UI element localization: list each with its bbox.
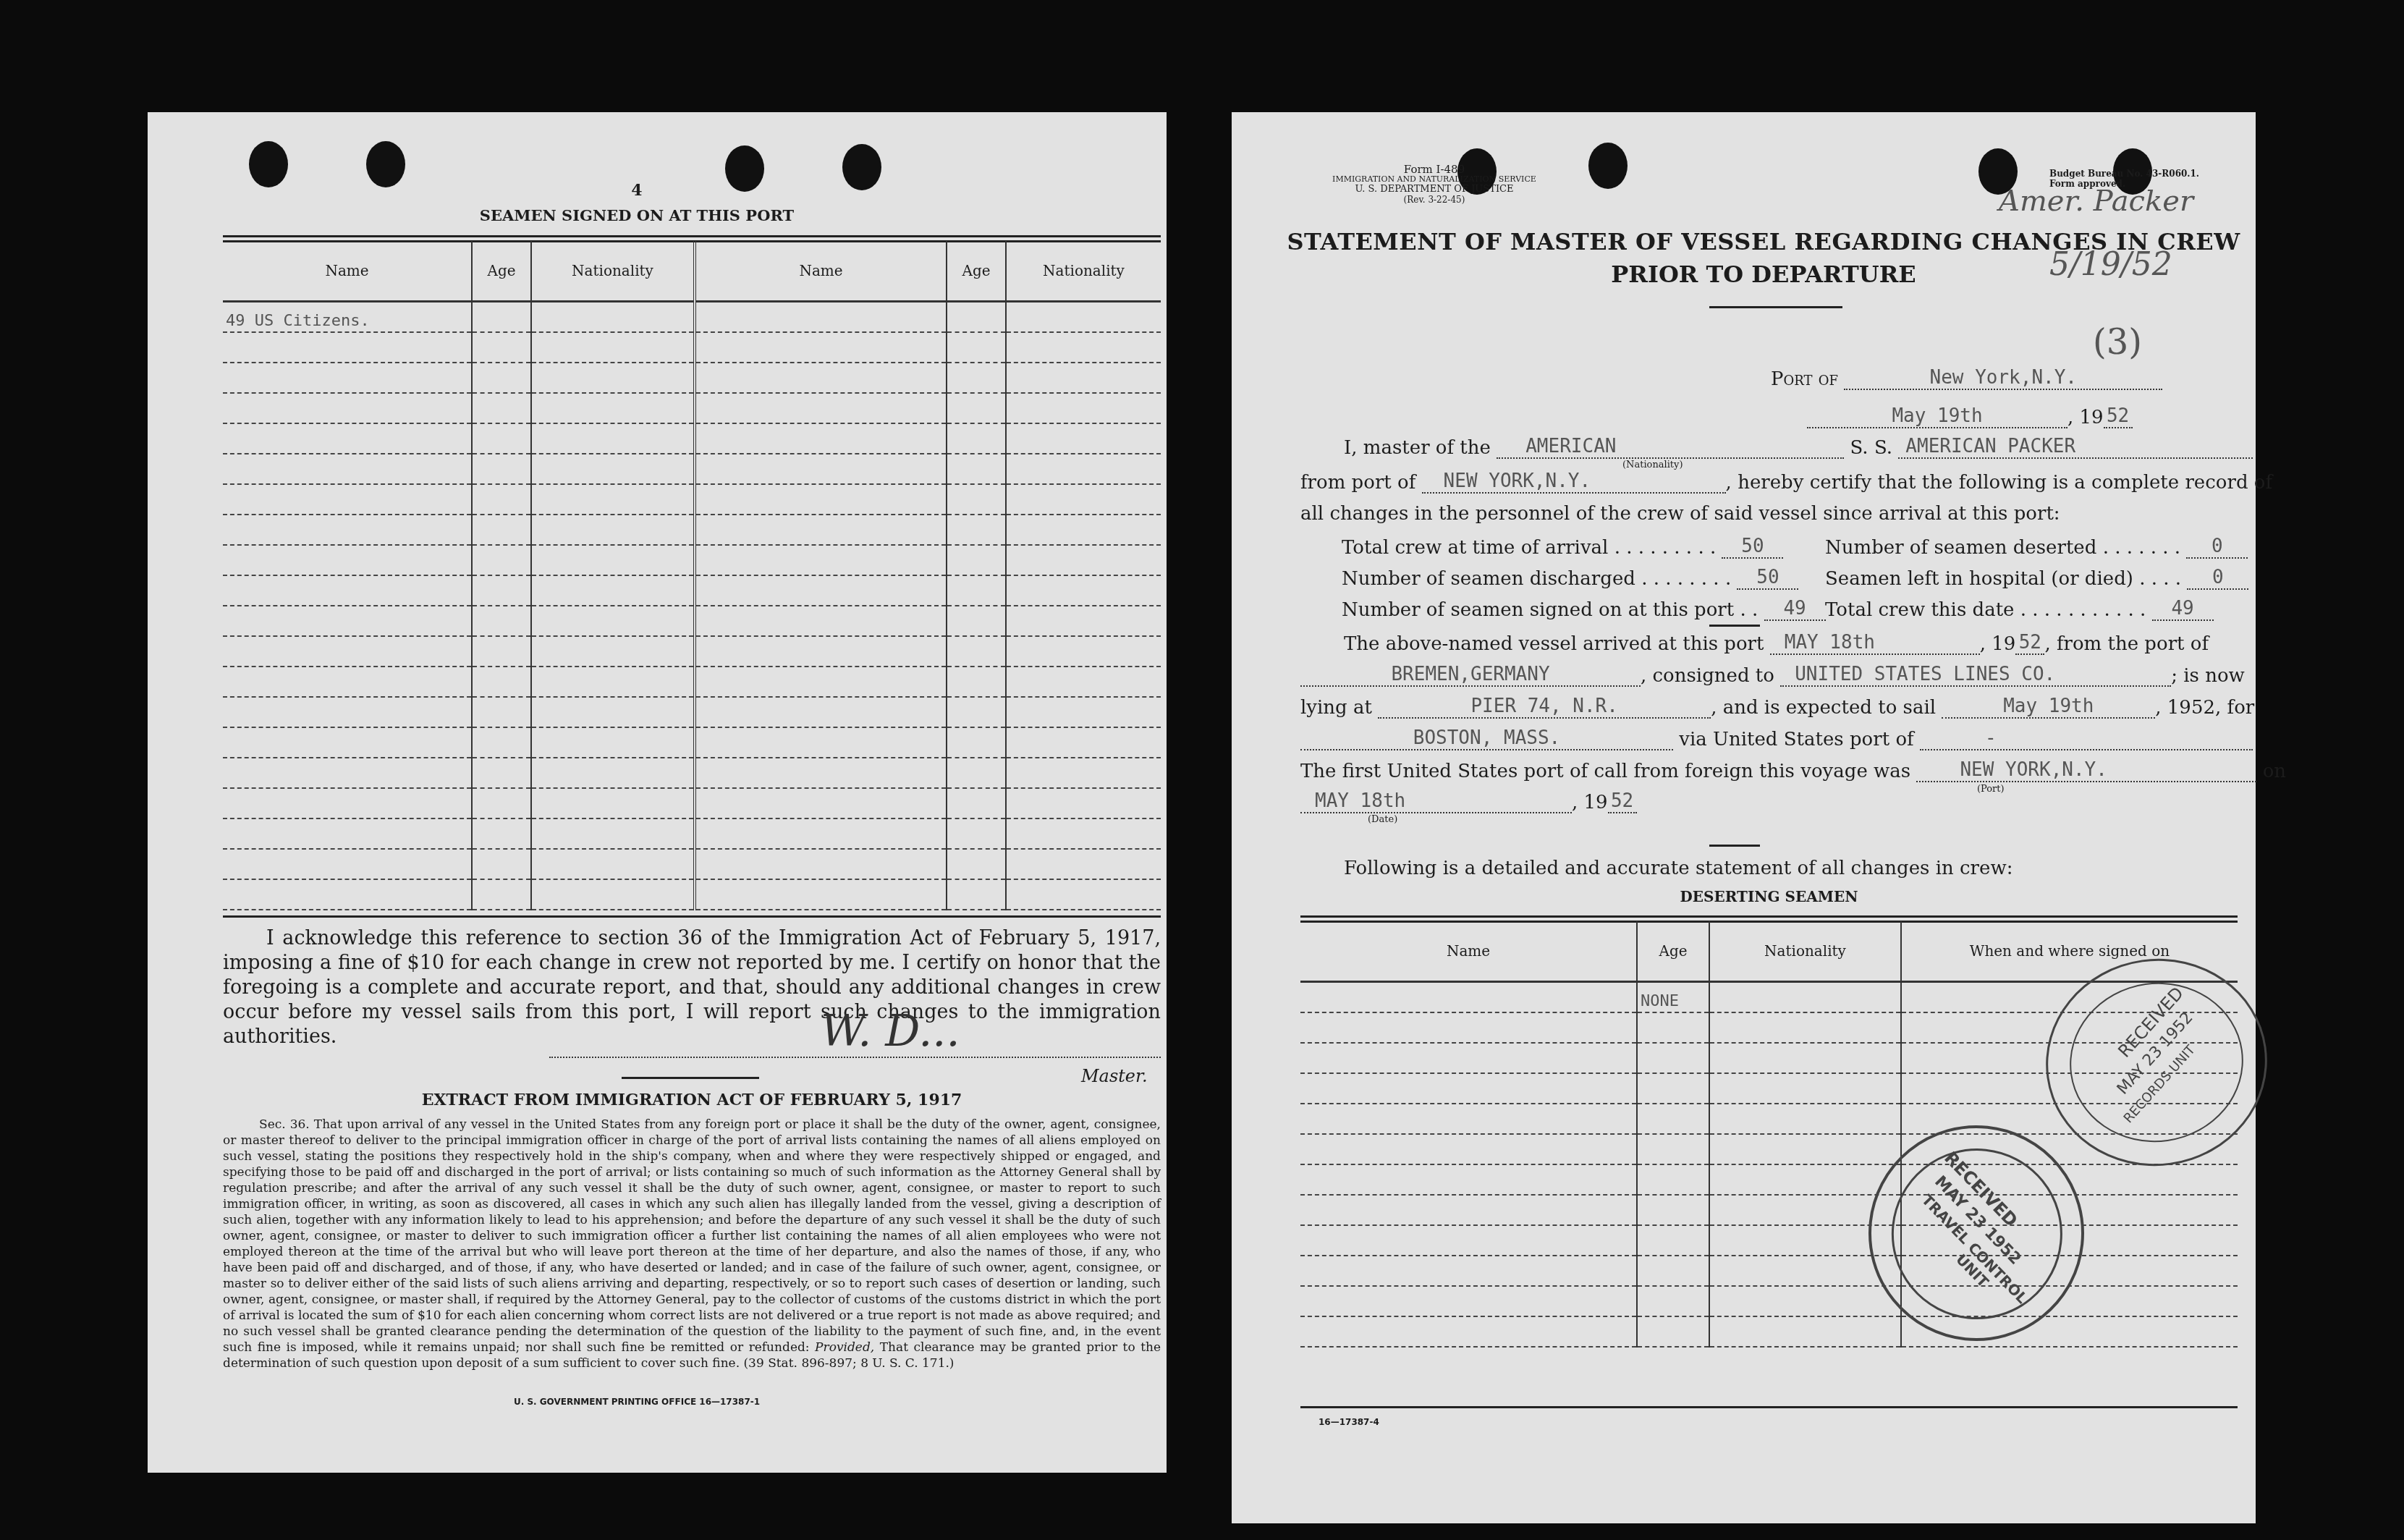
table-cell[interactable] — [947, 727, 1006, 758]
table-row — [223, 788, 1161, 818]
left-page: 4 SEAMEN SIGNED ON AT THIS PORT Name Age… — [148, 112, 1167, 1473]
origin-port[interactable]: BREMEN,GERMANY — [1300, 664, 1641, 687]
first-port-line: The first United States port of call fro… — [1300, 759, 2286, 782]
port-label: Port of — [1771, 368, 1838, 390]
table-cell[interactable] — [472, 545, 531, 575]
table-bottom-rule — [1300, 1406, 2238, 1408]
column-header-name: Name — [223, 241, 472, 302]
table-cell[interactable] — [472, 849, 531, 879]
table-cell[interactable] — [695, 697, 947, 727]
date-field: May 19th, 1952 — [1807, 405, 2133, 428]
table-cell[interactable] — [1709, 1073, 1901, 1104]
table-row — [223, 515, 1161, 545]
table-cell[interactable] — [1300, 1104, 1637, 1134]
column-header-nationality: Nationality — [1709, 921, 1901, 982]
table-cell[interactable] — [1637, 1073, 1709, 1104]
table-cell[interactable] — [1637, 1256, 1709, 1286]
table-cell[interactable] — [531, 697, 695, 727]
table-cell[interactable] — [1006, 849, 1161, 879]
table-cell[interactable] — [695, 818, 947, 849]
arrived-date[interactable]: MAY 18th — [1770, 632, 1980, 655]
signature-label: Master. — [1081, 1066, 1148, 1086]
table-cell[interactable] — [1300, 1043, 1637, 1073]
count-value[interactable]: 0 — [2187, 567, 2248, 590]
table-cell[interactable] — [531, 423, 695, 454]
divider — [1709, 306, 1842, 308]
count-value[interactable]: 49 — [2152, 598, 2214, 621]
table-cell[interactable] — [947, 758, 1006, 788]
table-cell[interactable] — [947, 454, 1006, 484]
table-cell[interactable] — [1006, 697, 1161, 727]
destination-line: BOSTON, MASS. via United States port of … — [1300, 727, 2253, 750]
on-label: on — [2263, 761, 2286, 782]
table-cell[interactable] — [1637, 1225, 1709, 1256]
arrival-line: The above-named vessel arrived at this p… — [1344, 632, 2209, 655]
first-port-date[interactable]: MAY 18th — [1300, 790, 1572, 813]
table-cell[interactable] — [223, 727, 472, 758]
department: U. S. DEPARTMENT OF JUSTICE — [1304, 185, 1565, 195]
acknowledgement-text: I acknowledge this reference to section … — [223, 926, 1161, 1049]
via-port[interactable]: - — [1920, 727, 2253, 750]
table-row — [1300, 1164, 2238, 1195]
document-subtitle: PRIOR TO DEPARTURE — [1275, 261, 2252, 288]
table-cell[interactable] — [531, 363, 695, 393]
from-port-of-label: , from the port of — [2044, 633, 2209, 655]
extract-provided: Provided, — [815, 1340, 874, 1355]
table-cell[interactable] — [1709, 1316, 1901, 1347]
table-cell[interactable] — [1006, 575, 1161, 606]
table-row — [223, 393, 1161, 423]
table-row — [223, 818, 1161, 849]
table-cell[interactable] — [531, 849, 695, 879]
table-header-row: Name Age Nationality When and where sign… — [1300, 921, 2238, 982]
table-cell[interactable] — [223, 667, 472, 697]
table-row — [223, 879, 1161, 910]
count-deserted: Number of seamen deserted . . . . . . . … — [1825, 536, 2248, 559]
table-cell[interactable] — [695, 879, 947, 910]
count-label: Number of seamen discharged . . . . . . … — [1342, 568, 1731, 590]
table-cell[interactable] — [472, 454, 531, 484]
table-cell[interactable] — [1300, 1225, 1637, 1256]
table-cell[interactable] — [1637, 1043, 1709, 1073]
table-cell[interactable] — [223, 697, 472, 727]
column-header-name: Name — [1300, 921, 1637, 982]
table-cell[interactable] — [1006, 515, 1161, 545]
count-signed-on: Number of seamen signed on at this port … — [1342, 598, 1826, 621]
ss-label: S. S. — [1850, 437, 1892, 459]
signed-on-table: Name Age Nationality Name Age Nationalit… — [223, 241, 1161, 910]
table-cell[interactable] — [472, 575, 531, 606]
table-cell[interactable] — [1006, 393, 1161, 423]
table-cell[interactable] — [1006, 454, 1161, 484]
first-port[interactable]: NEW YORK,N.Y. — [1916, 759, 2256, 782]
table-cell[interactable] — [531, 302, 695, 333]
first-port-date-line: MAY 18th, 1952 — [1300, 790, 1637, 813]
table-cell[interactable] — [223, 818, 472, 849]
count-hospital: Seamen left in hospital (or died) . . . … — [1825, 567, 2248, 590]
arrived-label: The above-named vessel arrived at this p… — [1344, 633, 1764, 655]
table-cell[interactable] — [1300, 1164, 1637, 1195]
table-row — [223, 575, 1161, 606]
table-cell[interactable] — [472, 423, 531, 454]
port-caption: (Port) — [1977, 784, 2005, 795]
extract-body: Sec. 36. That upon arrival of any vessel… — [223, 1117, 1161, 1371]
certify-text-2: all changes in the personnel of the crew… — [1300, 503, 2060, 525]
table-cell[interactable] — [947, 302, 1006, 333]
table-cell[interactable] — [1300, 1195, 1637, 1225]
table-row — [223, 697, 1161, 727]
table-cell[interactable] — [223, 636, 472, 667]
table-cell[interactable] — [947, 423, 1006, 454]
count-label: Number of seamen deserted . . . . . . . — [1825, 537, 2180, 559]
table-cell[interactable] — [1006, 788, 1161, 818]
table-cell[interactable] — [472, 332, 531, 363]
table-row — [223, 484, 1161, 515]
table-cell[interactable] — [531, 454, 695, 484]
handwritten-number-note: (3) — [2093, 322, 2142, 363]
table-cell[interactable] — [531, 575, 695, 606]
divider — [1709, 845, 1760, 847]
table-cell[interactable] — [472, 758, 531, 788]
table-cell[interactable] — [472, 697, 531, 727]
table-cell[interactable] — [695, 727, 947, 758]
arrived-year[interactable]: 52 — [2015, 632, 2044, 655]
table-cell[interactable] — [947, 575, 1006, 606]
table-title: SEAMEN SIGNED ON AT THIS PORT — [148, 206, 1126, 224]
table-row — [223, 667, 1161, 697]
consigned-label: , consigned to — [1641, 665, 1774, 687]
table-cell[interactable] — [1709, 1104, 1901, 1134]
table-row — [223, 636, 1161, 667]
signature-line — [549, 1057, 1161, 1058]
table-cell[interactable] — [947, 879, 1006, 910]
column-header-age: Age — [1637, 921, 1709, 982]
sail-date[interactable]: May 19th — [1942, 695, 2155, 719]
lying-label: lying at — [1300, 697, 1372, 719]
lying-line: lying at PIER 74, N.R., and is expected … — [1300, 695, 2254, 719]
table-cell[interactable] — [223, 606, 472, 636]
table-cell[interactable] — [531, 727, 695, 758]
table-header-row: Name Age Nationality Name Age Nationalit… — [223, 241, 1161, 302]
table-cell[interactable] — [695, 758, 947, 788]
table-cell[interactable] — [223, 849, 472, 879]
table-cell[interactable] — [1709, 1286, 1901, 1316]
table-cell[interactable] — [1637, 1104, 1709, 1134]
table-cell[interactable] — [1006, 332, 1161, 363]
first-port-year[interactable]: 52 — [1608, 790, 1637, 813]
divider — [1709, 625, 1760, 627]
master-line: I, master of the AMERICAN S. S. AMERICAN… — [1344, 436, 2253, 459]
table-cell[interactable] — [1637, 1164, 1709, 1195]
table-cell[interactable] — [947, 636, 1006, 667]
table-cell[interactable] — [1300, 1286, 1637, 1316]
ship-name[interactable]: AMERICAN PACKER — [1898, 436, 2253, 459]
master-signature: W. D... — [821, 1006, 960, 1057]
table-cell[interactable] — [223, 484, 472, 515]
column-header-name: Name — [695, 241, 947, 302]
table-cell[interactable] — [1300, 1316, 1637, 1347]
table-cell[interactable] — [1637, 1195, 1709, 1225]
lying-at[interactable]: PIER 74, N.R. — [1378, 695, 1711, 719]
table-cell[interactable] — [1637, 1286, 1709, 1316]
count-label: Seamen left in hospital (or died) . . . … — [1825, 568, 2181, 590]
table-cell[interactable] — [947, 332, 1006, 363]
table-cell[interactable] — [1006, 363, 1161, 393]
table-cell[interactable] — [223, 332, 472, 363]
table-cell[interactable] — [472, 727, 531, 758]
table-row — [223, 606, 1161, 636]
table-cell[interactable] — [1300, 1134, 1637, 1164]
origin-line: BREMEN,GERMANY, consigned to UNITED STAT… — [1300, 664, 2245, 687]
count-value[interactable]: 49 — [1764, 598, 1826, 621]
column-header-nationality: Nationality — [531, 241, 695, 302]
port-value[interactable]: New York,N.Y. — [1844, 367, 2162, 390]
count-label: Number of seamen signed on at this port … — [1342, 599, 1758, 621]
table-row — [1300, 1286, 2238, 1316]
table-cell[interactable] — [695, 788, 947, 818]
column-header-age: Age — [472, 241, 531, 302]
table-bottom-rule — [223, 915, 1161, 918]
page-number: 4 — [148, 181, 1126, 200]
table-row: 49 US Citizens. — [223, 302, 1161, 333]
table-cell[interactable] — [1709, 1134, 1901, 1164]
table-row — [223, 332, 1161, 363]
table-row — [223, 423, 1161, 454]
nationality-value[interactable]: AMERICAN — [1497, 436, 1844, 459]
table-cell[interactable] — [695, 849, 947, 879]
table-cell[interactable] — [472, 788, 531, 818]
table-cell[interactable] — [947, 363, 1006, 393]
table-cell[interactable] — [1709, 1043, 1901, 1073]
count-total-date: Total crew this date . . . . . . . . . .… — [1825, 598, 2214, 621]
table-cell[interactable] — [1637, 1316, 1709, 1347]
right-page: Form I-489 Immigration and Naturalizatio… — [1232, 112, 2256, 1523]
table-cell[interactable] — [947, 697, 1006, 727]
table-cell[interactable] — [1300, 982, 1637, 1013]
sail-year: , 1952 — [2155, 697, 2215, 719]
count-label: Total crew at time of arrival . . . . . … — [1342, 537, 1716, 559]
arrived-year-label: , 19 — [1980, 633, 2016, 655]
table-cell[interactable] — [1006, 545, 1161, 575]
table-cell[interactable] — [1006, 879, 1161, 910]
table-cell[interactable] — [1006, 636, 1161, 667]
table-cell[interactable] — [472, 302, 531, 333]
table-cell[interactable] — [695, 393, 947, 423]
table-cell[interactable] — [695, 363, 947, 393]
table-cell[interactable] — [531, 879, 695, 910]
table-cell[interactable] — [531, 758, 695, 788]
table-cell[interactable] — [531, 393, 695, 423]
table-cell[interactable] — [695, 515, 947, 545]
table-cell[interactable] — [947, 849, 1006, 879]
table-row — [1300, 1256, 2238, 1286]
table-cell[interactable] — [947, 606, 1006, 636]
date-value[interactable]: May 19th — [1807, 405, 2067, 428]
table-cell[interactable] — [1006, 423, 1161, 454]
table-cell[interactable] — [223, 758, 472, 788]
table-cell[interactable] — [531, 332, 695, 363]
table-cell[interactable] — [947, 667, 1006, 697]
table-cell[interactable] — [695, 332, 947, 363]
table-cell[interactable] — [223, 454, 472, 484]
table-row — [1300, 1225, 2238, 1256]
table-cell[interactable] — [947, 788, 1006, 818]
count-value[interactable]: 50 — [1722, 536, 1783, 559]
table-cell[interactable]: 49 US Citizens. — [223, 302, 472, 333]
table-cell[interactable] — [695, 575, 947, 606]
date-caption: (Date) — [1368, 814, 1397, 825]
table-cell[interactable] — [472, 515, 531, 545]
table-cell[interactable] — [1637, 1012, 1709, 1043]
table-cell[interactable] — [1300, 1012, 1637, 1043]
table-cell[interactable] — [223, 515, 472, 545]
document-title: STATEMENT OF MASTER OF VESSEL REGARDING … — [1275, 228, 2252, 255]
table-cell[interactable] — [223, 879, 472, 910]
table-cell[interactable] — [695, 667, 947, 697]
table-row — [223, 758, 1161, 788]
table-cell[interactable] — [947, 484, 1006, 515]
table-cell[interactable] — [695, 302, 947, 333]
table-row — [1300, 1195, 2238, 1225]
table-row — [223, 545, 1161, 575]
table-cell[interactable] — [223, 423, 472, 454]
first-port-year-label: , 19 — [1572, 792, 1608, 813]
date-year-prefix: , 19 — [2067, 407, 2104, 428]
table-cell[interactable] — [1006, 302, 1161, 333]
table-cell[interactable] — [472, 606, 531, 636]
table-cell[interactable] — [947, 393, 1006, 423]
changes-intro: Following is a detailed and accurate sta… — [1344, 858, 2012, 879]
extract-text: That upon arrival of any vessel in the U… — [223, 1117, 1161, 1355]
table-cell[interactable] — [947, 818, 1006, 849]
table-cell[interactable] — [1006, 667, 1161, 697]
table-cell[interactable] — [472, 636, 531, 667]
table-cell[interactable] — [1006, 818, 1161, 849]
table-cell[interactable] — [695, 454, 947, 484]
table-row — [223, 727, 1161, 758]
column-header-nationality: Nationality — [1006, 241, 1161, 302]
first-port-label: The first United States port of call fro… — [1300, 761, 1910, 782]
table-cell[interactable] — [1006, 606, 1161, 636]
consignee[interactable]: UNITED STATES LINES CO. — [1780, 664, 2171, 687]
port-field: Port of New York,N.Y. — [1771, 367, 2162, 390]
table-cell[interactable] — [1709, 982, 1901, 1013]
printer-line: U. S. GOVERNMENT PRINTING OFFICE 16—1738… — [148, 1397, 1126, 1407]
table-cell[interactable] — [531, 484, 695, 515]
via-label: via United States port of — [1679, 729, 1913, 750]
table-cell[interactable] — [1006, 484, 1161, 515]
table-cell[interactable] — [1006, 727, 1161, 758]
table-cell[interactable] — [531, 636, 695, 667]
column-header-age: Age — [947, 241, 1006, 302]
table-cell[interactable] — [695, 606, 947, 636]
table-cell[interactable] — [695, 636, 947, 667]
table-cell[interactable] — [531, 818, 695, 849]
table-row — [223, 363, 1161, 393]
table-cell[interactable] — [1006, 758, 1161, 788]
form-header: Form I-489 Immigration and Naturalizatio… — [1304, 164, 1565, 205]
table-row — [223, 849, 1161, 879]
certify-text: , hereby certify that the following is a… — [1726, 472, 2272, 494]
is-now-label: ; is now — [2171, 665, 2245, 687]
agency: Immigration and Naturalization Service — [1304, 174, 1565, 185]
table-cell[interactable] — [472, 818, 531, 849]
count-total-arrival: Total crew at time of arrival . . . . . … — [1342, 536, 1783, 559]
table-row — [223, 454, 1161, 484]
from-port-value[interactable]: NEW YORK,N.Y. — [1422, 470, 1726, 494]
deserting-title: DESERTING SEAMEN — [1300, 888, 2238, 905]
table-cell[interactable] — [531, 606, 695, 636]
table-cell[interactable] — [1300, 1073, 1637, 1104]
table-cell[interactable] — [947, 515, 1006, 545]
table-cell[interactable] — [695, 484, 947, 515]
master-label: I, master of the — [1344, 437, 1491, 459]
form-number: Form I-489 — [1304, 164, 1565, 174]
table-cell[interactable]: NONE — [1637, 982, 1709, 1013]
table-cell[interactable] — [472, 393, 531, 423]
handwritten-vessel-note: Amer. Packer — [1999, 185, 2193, 218]
table-cell[interactable] — [472, 879, 531, 910]
table-cell[interactable] — [1637, 1134, 1709, 1164]
table-cell[interactable] — [531, 515, 695, 545]
date-year[interactable]: 52 — [2104, 405, 2133, 428]
divider — [622, 1077, 759, 1079]
table-cell[interactable] — [223, 545, 472, 575]
table-cell[interactable] — [223, 393, 472, 423]
table-cell[interactable] — [472, 667, 531, 697]
extract-title: EXTRACT FROM IMMIGRATION ACT OF FEBRUARY… — [223, 1091, 1161, 1109]
count-discharged: Number of seamen discharged . . . . . . … — [1342, 567, 1798, 590]
table-cell[interactable] — [531, 667, 695, 697]
table-cell[interactable] — [695, 545, 947, 575]
count-label: Total crew this date . . . . . . . . . .… — [1825, 599, 2146, 621]
table-cell[interactable] — [531, 545, 695, 575]
nationality-caption: (Nationality) — [1622, 460, 1683, 470]
table-cell[interactable] — [223, 575, 472, 606]
from-port-label: from port of — [1300, 472, 1415, 494]
punch-hole — [1588, 143, 1628, 189]
count-value[interactable]: 50 — [1737, 567, 1798, 590]
table-cell[interactable] — [1300, 1256, 1637, 1286]
count-value[interactable]: 0 — [2186, 536, 2248, 559]
table-cell[interactable] — [1709, 1164, 1901, 1195]
table-cell[interactable] — [223, 788, 472, 818]
from-port-line: from port of NEW YORK,N.Y., hereby certi… — [1300, 470, 2272, 494]
table-cell[interactable] — [1709, 1012, 1901, 1043]
destination[interactable]: BOSTON, MASS. — [1300, 727, 1673, 750]
printer-line: 16—17387-4 — [1319, 1417, 1379, 1427]
table-cell[interactable] — [695, 423, 947, 454]
budget-line: Budget Bureau No. 43-R060.1. — [2049, 169, 2199, 179]
table-cell[interactable] — [472, 484, 531, 515]
revision: (Rev. 3-22-45) — [1304, 195, 1565, 205]
table-cell[interactable] — [531, 788, 695, 818]
extract-section: Sec. 36. — [259, 1117, 310, 1132]
table-cell[interactable] — [223, 363, 472, 393]
table-cell[interactable] — [947, 545, 1006, 575]
table-row — [1300, 1316, 2238, 1347]
sail-label: , and is expected to sail — [1711, 697, 1936, 719]
table-cell[interactable] — [472, 363, 531, 393]
for-label: , for — [2215, 697, 2254, 719]
